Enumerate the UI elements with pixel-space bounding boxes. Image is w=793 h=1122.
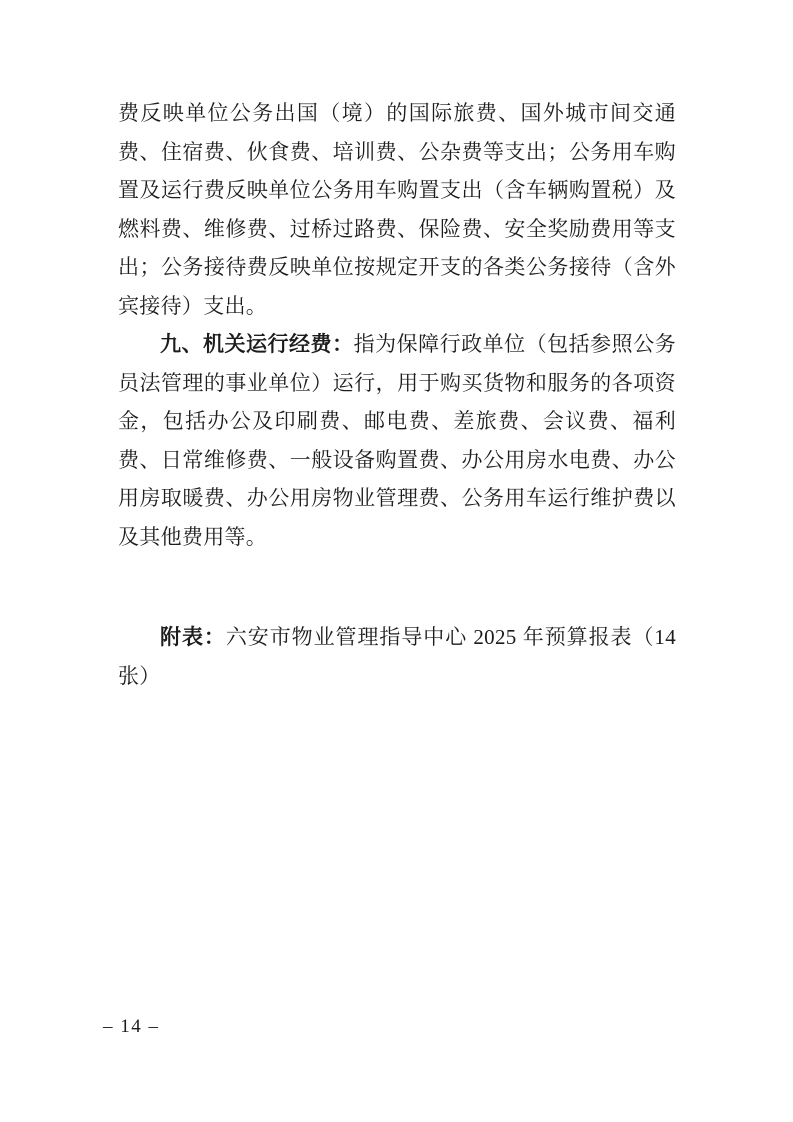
- paragraph-attachment-note: 附表：六安市物业管理指导中心 2025 年预算报表（14 张）: [118, 618, 676, 695]
- section-term-heading: 九、机关运行经费：: [160, 332, 354, 356]
- attachment-label: 附表：: [160, 625, 226, 649]
- paragraph-agency-operating-funds: 九、机关运行经费：指为保障行政单位（包括参照公务员法管理的事业单位）运行，用于购…: [118, 325, 676, 556]
- paragraph-expense-items-continuation: 费反映单位公务出国（境）的国际旅费、国外城市间交通费、住宿费、伙食费、培训费、公…: [118, 94, 676, 325]
- page-number: – 14 –: [103, 1015, 160, 1039]
- section-term-definition: 指为保障行政单位（包括参照公务员法管理的事业单位）运行，用于购买货物和服务的各项…: [118, 332, 676, 549]
- body-text: 费反映单位公务出国（境）的国际旅费、国外城市间交通费、住宿费、伙食费、培训费、公…: [118, 101, 676, 318]
- document-body: 费反映单位公务出国（境）的国际旅费、国外城市间交通费、住宿费、伙食费、培训费、公…: [118, 94, 676, 695]
- document-page: 费反映单位公务出国（境）的国际旅费、国外城市间交通费、住宿费、伙食费、培训费、公…: [0, 0, 793, 1122]
